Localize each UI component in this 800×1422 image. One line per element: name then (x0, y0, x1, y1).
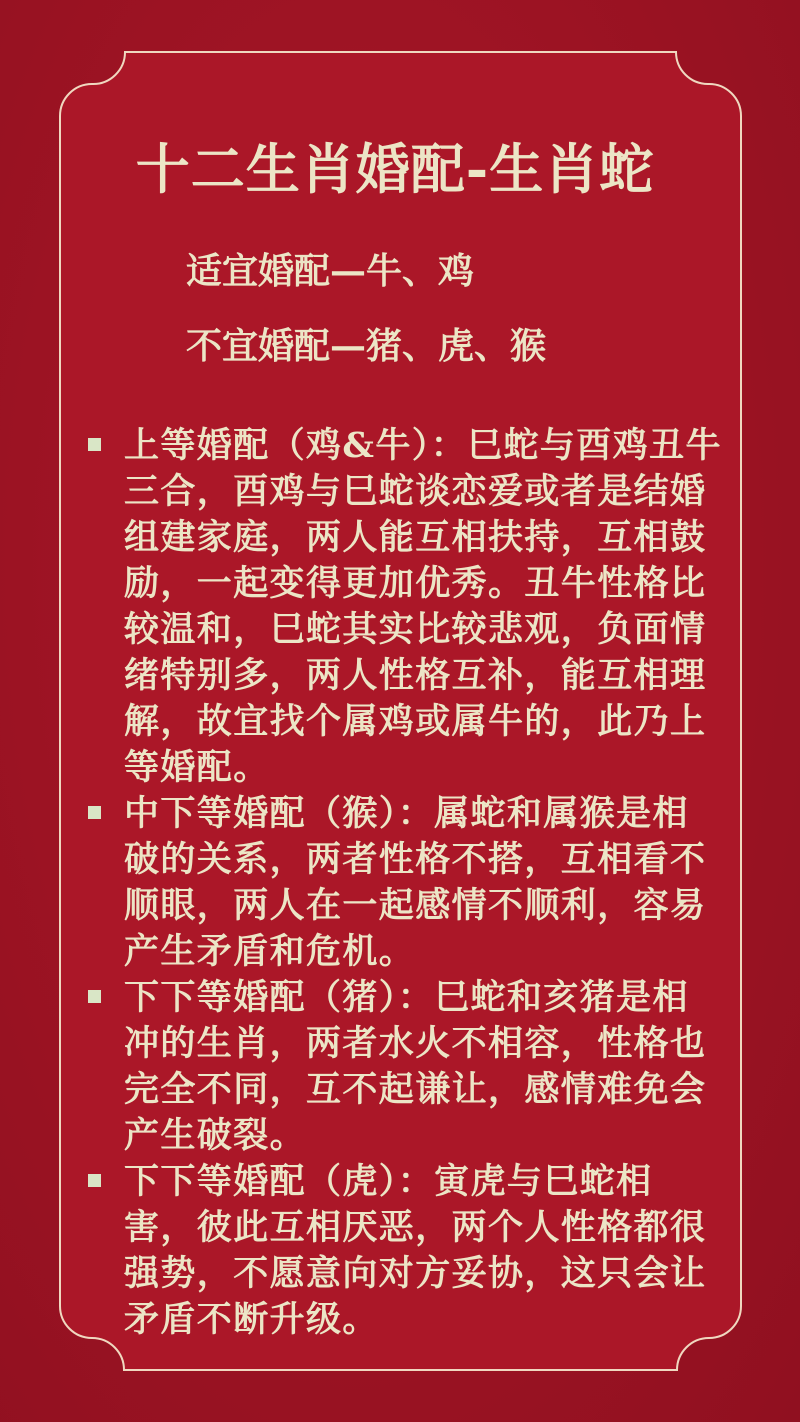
square-bullet-icon (88, 806, 101, 819)
list-item-pig: 下下等婚配（猪）：巳蛇和亥猪是相冲的生肖，两者水火不相容，性格也完全不同，互不起… (88, 975, 724, 1159)
page-title: 十二生肖婚配-生肖蛇 (0, 134, 800, 204)
square-bullet-icon (88, 1174, 101, 1187)
match-list: 上等婚配（鸡&牛）：巳蛇与酉鸡丑牛三合，酉鸡与巳蛇谈恋爱或者是结婚组建家庭，两人… (88, 423, 738, 1343)
list-item-text: 下下等婚配（虎）：寅虎与巳蛇相害，彼此互相厌恶，两个人性格都很强势，不愿意向对方… (124, 1161, 706, 1340)
list-item-top-match: 上等婚配（鸡&牛）：巳蛇与酉鸡丑牛三合，酉鸡与巳蛇谈恋爱或者是结婚组建家庭，两人… (88, 423, 724, 791)
list-item-text: 中下等婚配（猴）：属蛇和属猴是相破的关系，两者性格不搭，互相看不顺眼，两人在一起… (124, 793, 706, 972)
square-bullet-icon (88, 990, 101, 1003)
square-bullet-icon (88, 438, 101, 451)
suitable-match-line: 适宜婚配—牛、鸡 (186, 247, 474, 295)
list-item-text: 上等婚配（鸡&牛）：巳蛇与酉鸡丑牛三合，酉鸡与巳蛇谈恋爱或者是结婚组建家庭，两人… (124, 425, 722, 788)
list-item-tiger: 下下等婚配（虎）：寅虎与巳蛇相害，彼此互相厌恶，两个人性格都很强势，不愿意向对方… (88, 1159, 724, 1343)
list-item-text: 下下等婚配（猪）：巳蛇和亥猪是相冲的生肖，两者水火不相容，性格也完全不同，互不起… (124, 977, 706, 1156)
unsuitable-match-line: 不宜婚配—猪、虎、猴 (186, 322, 546, 370)
list-item-monkey: 中下等婚配（猴）：属蛇和属猴是相破的关系，两者性格不搭，互相看不顺眼，两人在一起… (88, 791, 724, 975)
